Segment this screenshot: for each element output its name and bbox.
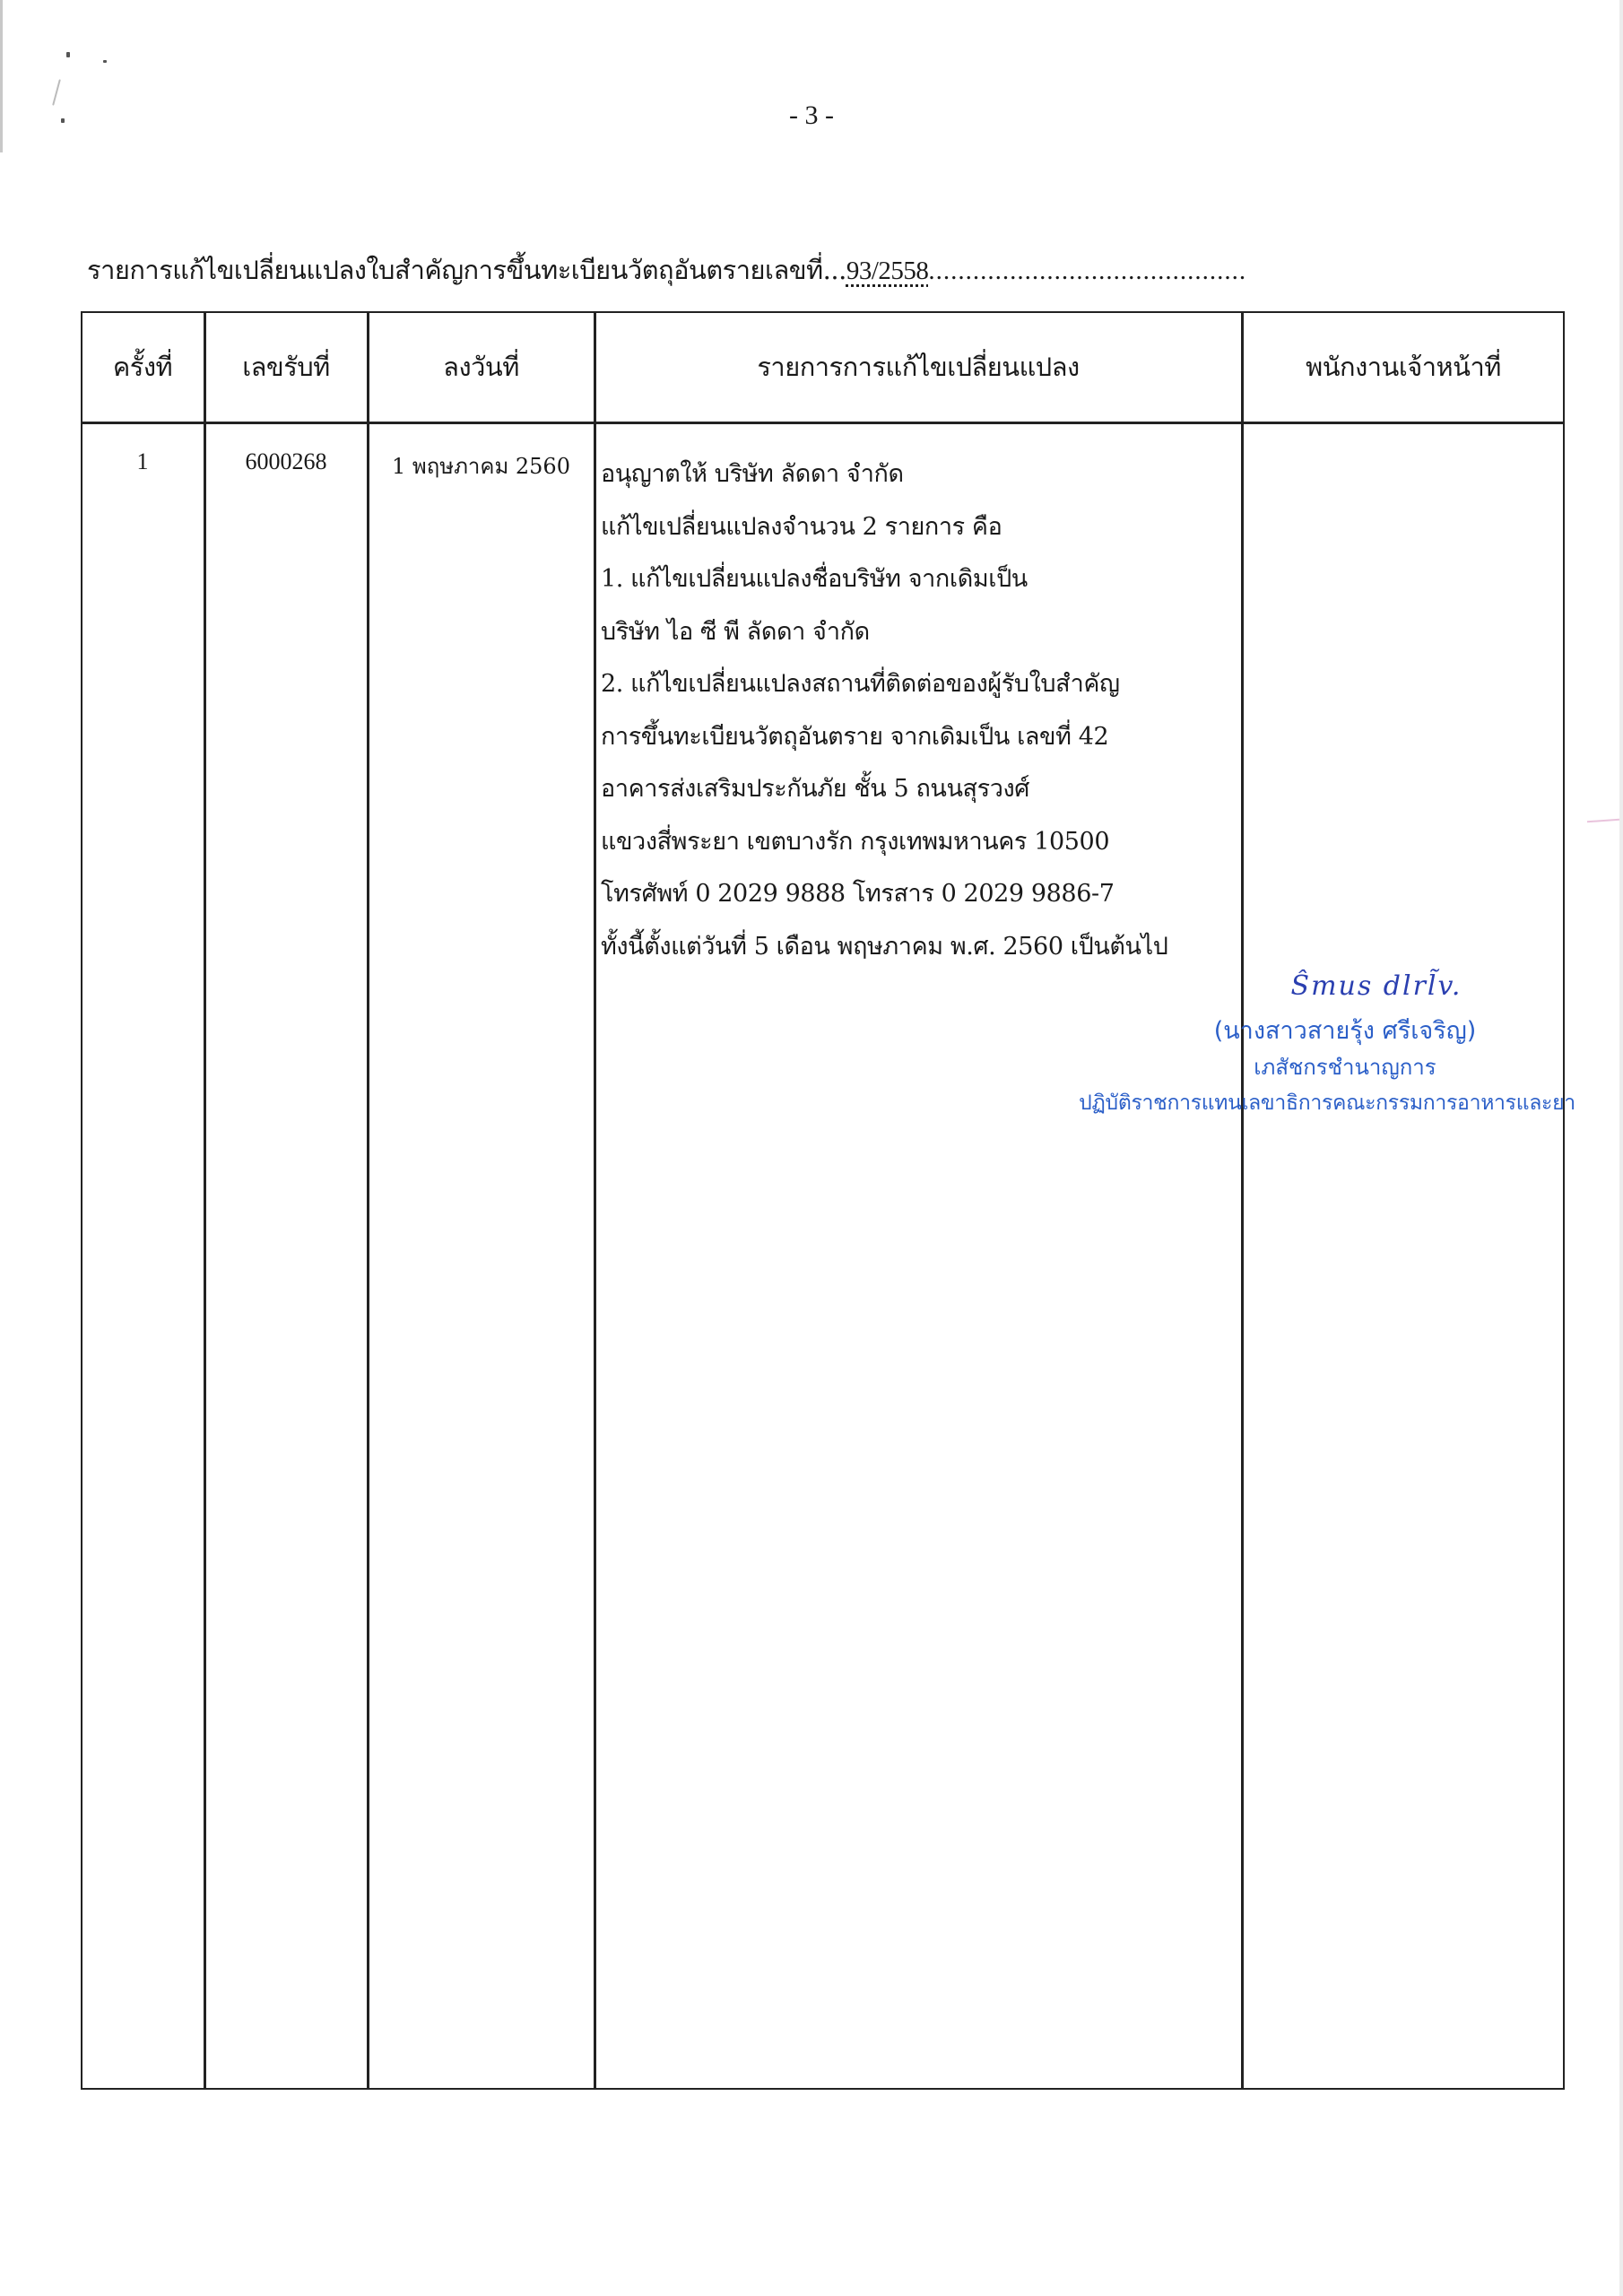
column-header-receipt-no: เลขรับที่: [204, 311, 368, 422]
officer-name: (นางสาวสายรุ้ง ศรีเจริญ): [1067, 1013, 1623, 1049]
change-line: บริษัท ไอ ซี พี ลัดดา จำกัด: [601, 606, 1237, 659]
header-divider: [81, 422, 1565, 424]
officer-stamp: Ŝmus dlrl̃v. (นางสาวสายรุ้ง ศรีเจริญ) เภ…: [1031, 960, 1623, 1121]
column-header-round: ครั้งที่: [81, 311, 204, 422]
change-line: แก้ไขเปลี่ยนแปลงจำนวน 2 รายการ คือ: [601, 501, 1237, 554]
registration-number: 93/2558: [846, 257, 929, 285]
document-title: รายการแก้ไขเปลี่ยนแปลงใบสำคัญการขึ้นทะเบ…: [87, 249, 1246, 291]
scan-mark: [1587, 819, 1619, 823]
page-number: - 3 -: [0, 100, 1623, 131]
column-divider: [594, 311, 596, 2090]
change-line: อาคารส่งเสริมประกันภัย ชั้น 5 ถนนสุรวงศ์: [601, 763, 1237, 816]
change-line: อนุญาตให้ บริษัท ลัดดา จำกัด: [601, 448, 1237, 501]
column-header-changes: รายการการแก้ไขเปลี่ยนแปลง: [595, 311, 1242, 422]
scan-speck: [103, 60, 107, 63]
column-divider: [367, 311, 369, 2090]
cell-changes: อนุญาตให้ บริษัท ลัดดา จำกัด แก้ไขเปลี่ย…: [601, 448, 1237, 973]
change-line: แขวงสี่พระยา เขตบางรัก กรุงเทพมหานคร 105…: [601, 816, 1237, 869]
column-header-officer: พนักงานเจ้าหน้าที่: [1242, 311, 1565, 422]
column-divider: [204, 311, 206, 2090]
officer-position: เภสัชกรชำนาญการ: [1067, 1049, 1623, 1085]
column-divider: [1241, 311, 1244, 2090]
cell-round: 1: [81, 448, 204, 475]
officer-acting-for: ปฏิบัติราชการแทนเลขาธิการคณะกรรมการอาหาร…: [1031, 1085, 1623, 1121]
column-header-date: ลงวันที่: [368, 311, 595, 422]
cell-receipt-no: 6000268: [204, 448, 368, 475]
scan-speck: [66, 52, 70, 57]
change-line: 2. แก้ไขเปลี่ยนแปลงสถานที่ติดต่อของผู้รั…: [601, 658, 1237, 711]
change-line: การขึ้นทะเบียนวัตถุอันตราย จากเดิมเป็น เ…: [601, 711, 1237, 764]
title-text: รายการแก้ไขเปลี่ยนแปลงใบสำคัญการขึ้นทะเบ…: [87, 255, 846, 285]
title-fill-dots: ........................................…: [928, 257, 1246, 285]
scan-edge-right: [1619, 0, 1623, 2296]
change-line: โทรศัพท์ 0 2029 9888 โทรสาร 0 2029 9886-…: [601, 868, 1237, 921]
handwritten-signature: Ŝmus dlrl̃v.: [1130, 960, 1623, 1013]
change-line: 1. แก้ไขเปลี่ยนแปลงชื่อบริษัท จากเดิมเป็…: [601, 553, 1237, 606]
cell-date: 1 พฤษภาคม 2560: [368, 448, 595, 483]
